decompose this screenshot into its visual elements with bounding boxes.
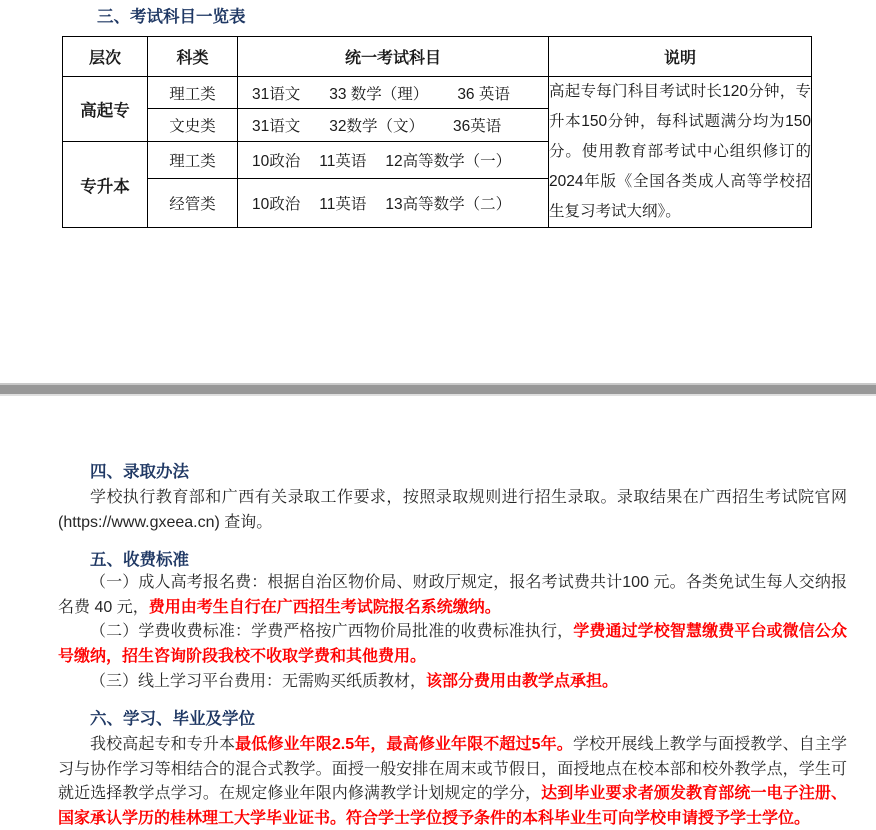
page-break-divider — [0, 383, 876, 396]
category-cell: 理工类 — [148, 77, 238, 109]
subject: 10政治 — [252, 192, 300, 214]
exam-subjects-table: 层次 科类 统一考试科目 说明 高起专 理工类 31语文 33 数学（理） 36… — [62, 36, 812, 228]
category-cell: 理工类 — [148, 142, 238, 179]
subject: 13高等数学（二） — [385, 192, 511, 214]
subject: 31语文 — [252, 114, 300, 136]
fees-item-2: （二）学费收费标准：学费严格按广西物价局批准的收费标准执行，学费通过学校智慧缴费… — [58, 620, 847, 669]
study-emphasis-duration: 最低修业年限2.5年，最高修业年限不超过5年。 — [235, 736, 573, 753]
subject: 33 数学（理） — [329, 82, 428, 104]
subject: 12高等数学（一） — [385, 149, 511, 171]
fees-item-1-emphasis: 费用由考生自行在广西招生考试院报名系统缴纳。 — [149, 599, 501, 616]
section-study-heading: 六、学习、毕业及学位 — [90, 708, 847, 730]
col-header-category: 科类 — [148, 37, 238, 77]
section-exam-heading: 三、考试科目一览表 — [97, 6, 246, 28]
table-row: 高起专 理工类 31语文 33 数学（理） 36 英语 高起专每门科目考试时长1… — [63, 77, 812, 109]
subjects-cell: 31语文 33 数学（理） 36 英语 — [238, 77, 549, 109]
lower-content: 四、录取办法 学校执行教育部和广西有关录取工作要求，按照录取规则进行招生录取。录… — [58, 461, 847, 830]
study-paragraph: 我校高起专和专升本最低修业年限2.5年，最高修业年限不超过5年。学校开展线上教学… — [58, 733, 847, 830]
category-cell: 经管类 — [148, 179, 238, 228]
subject: 32数学（文） — [329, 114, 424, 136]
document-page: 三、考试科目一览表 层次 科类 统一考试科目 说明 高起专 理工类 31语文 3… — [0, 0, 876, 830]
subject: 31语文 — [252, 82, 300, 104]
subject: 36 英语 — [457, 82, 510, 104]
note-cell: 高起专每门科目考试时长120分钟，专升本150分钟，每科试题满分均为150分。使… — [549, 77, 812, 228]
col-header-level: 层次 — [63, 37, 148, 77]
table-header-row: 层次 科类 统一考试科目 说明 — [63, 37, 812, 77]
subjects-cell: 10政治 11英语 13高等数学（二） — [238, 179, 549, 228]
level-cell-gaoqizhuan: 高起专 — [63, 77, 148, 142]
fees-item-3-emphasis: 该部分费用由教学点承担。 — [426, 673, 618, 690]
fees-item-3: （三）线上学习平台费用：无需购买纸质教材，该部分费用由教学点承担。 — [58, 670, 847, 695]
fees-item-1: （一）成人高考报名费：根据自治区物价局、财政厅规定，报名考试费共计100 元。各… — [58, 571, 847, 620]
level-cell-zhuanshengben: 专升本 — [63, 142, 148, 228]
col-header-subjects: 统一考试科目 — [238, 37, 549, 77]
category-cell: 文史类 — [148, 109, 238, 142]
subject: 11英语 — [319, 192, 366, 214]
subjects-cell: 10政治 11英语 12高等数学（一） — [238, 142, 549, 179]
section-fees-heading: 五、收费标准 — [90, 549, 847, 571]
col-header-note: 说明 — [549, 37, 812, 77]
subject: 10政治 — [252, 149, 300, 171]
subject: 11英语 — [319, 149, 366, 171]
section-admission-heading: 四、录取办法 — [90, 461, 847, 483]
subject: 36英语 — [453, 114, 501, 136]
admission-paragraph: 学校执行教育部和广西有关录取工作要求，按照录取规则进行招生录取。录取结果在广西招… — [58, 486, 847, 535]
subjects-cell: 31语文 32数学（文） 36英语 — [238, 109, 549, 142]
